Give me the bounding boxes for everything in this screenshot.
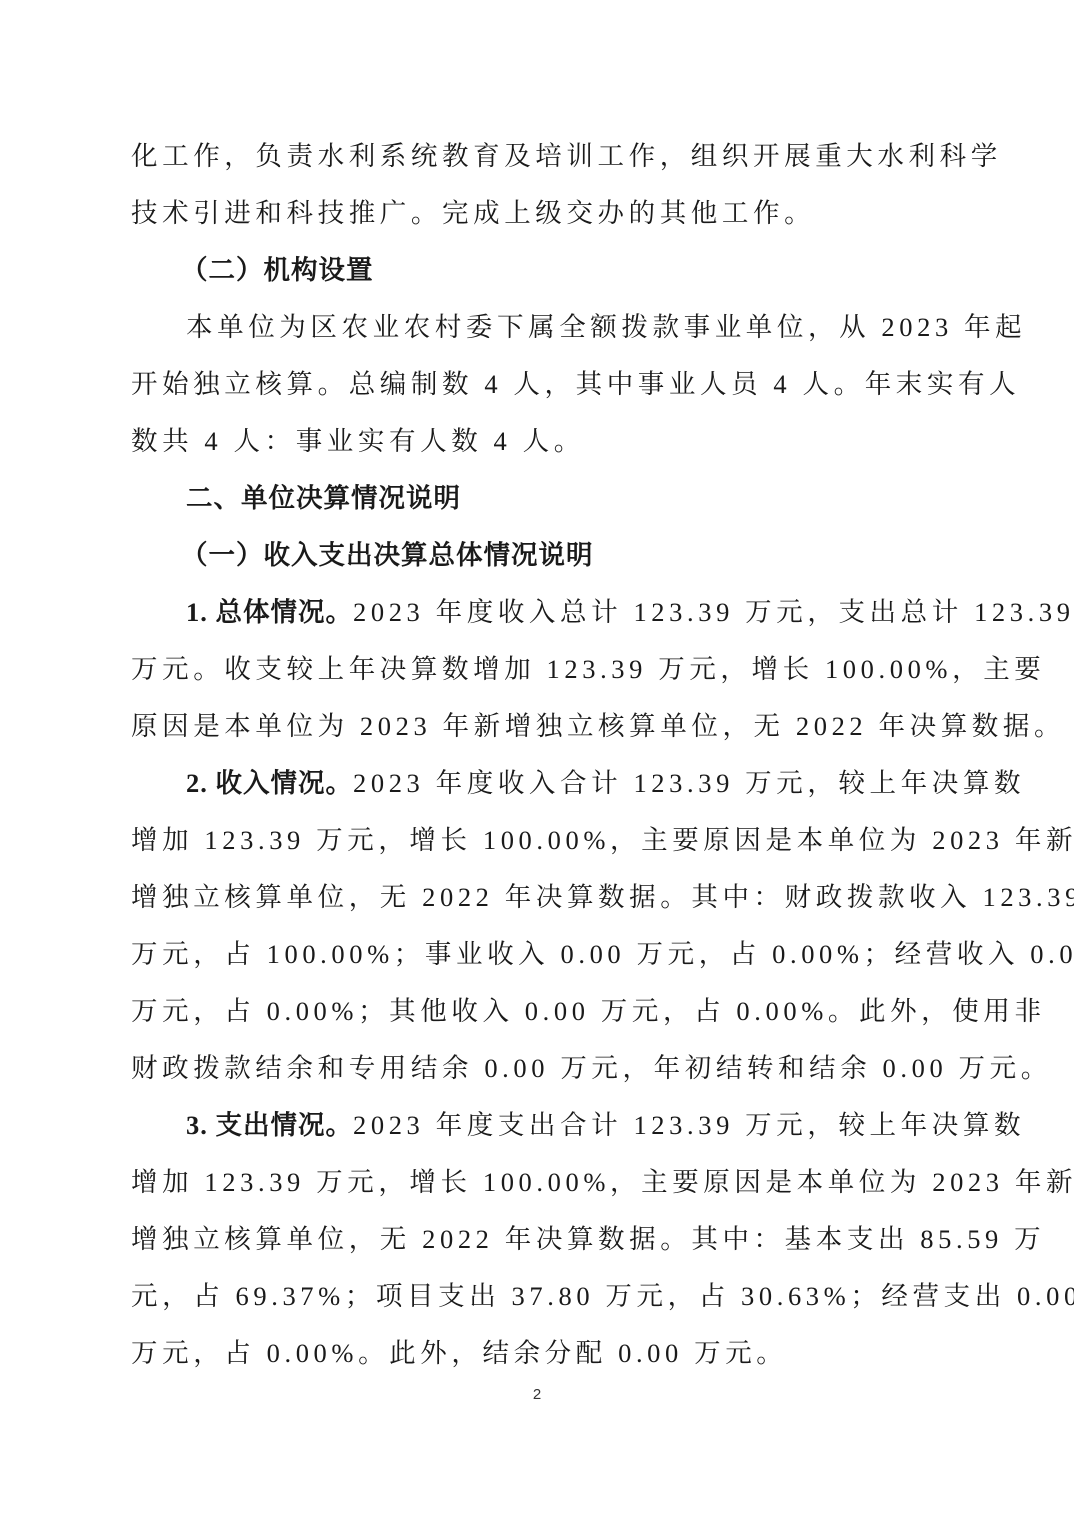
page-number: 2 (0, 1386, 1074, 1403)
item-lead-overall: 1. 总体情况。 (186, 597, 353, 627)
paragraph-line-income: 2. 收入情况。2023 年度收入合计 123.39 万元，较上年决算数 (131, 755, 945, 812)
paragraph-line-overall: 1. 总体情况。2023 年度收入总计 123.39 万元，支出总计 123.3… (131, 584, 945, 641)
paragraph-line: 开始独立核算。总编制数 4 人，其中事业人员 4 人。年末实有人 (131, 356, 945, 413)
paragraph-line: 万元，占 0.00%；其他收入 0.00 万元，占 0.00%。此外，使用非 (131, 983, 945, 1040)
paragraph-line: 万元，占 100.00%；事业收入 0.00 万元，占 0.00%；经营收入 0… (131, 926, 945, 983)
paragraph-line: 增独立核算单位，无 2022 年决算数据。其中：基本支出 85.59 万 (131, 1211, 945, 1268)
paragraph-line: 技术引进和科技推广。完成上级交办的其他工作。 (131, 185, 945, 242)
paragraph-text: 2023 年度收入总计 123.39 万元，支出总计 123.39 (353, 597, 1074, 627)
paragraph-line: 增独立核算单位，无 2022 年决算数据。其中：财政拨款收入 123.39 (131, 869, 945, 926)
item-lead-income: 2. 收入情况。 (186, 768, 353, 798)
paragraph-line: 万元。收支较上年决算数增加 123.39 万元，增长 100.00%，主要 (131, 641, 945, 698)
paragraph-line: 万元，占 0.00%。此外，结余分配 0.00 万元。 (131, 1325, 945, 1382)
paragraph-line-expense: 3. 支出情况。2023 年度支出合计 123.39 万元，较上年决算数 (131, 1097, 945, 1154)
item-lead-expense: 3. 支出情况。 (186, 1110, 353, 1140)
paragraph-line: 增加 123.39 万元，增长 100.00%，主要原因是本单位为 2023 年… (131, 812, 945, 869)
document-page: 化工作，负责水利系统教育及培训工作，组织开展重大水利科学 技术引进和科技推广。完… (131, 128, 945, 1382)
paragraph-line: 原因是本单位为 2023 年新增独立核算单位，无 2022 年决算数据。 (131, 698, 945, 755)
section-heading-final-accounts: 二、单位决算情况说明 (131, 470, 945, 527)
paragraph-line: 财政拨款结余和专用结余 0.00 万元，年初结转和结余 0.00 万元。 (131, 1040, 945, 1097)
paragraph-text: 2023 年度收入合计 123.39 万元，较上年决算数 (353, 768, 1025, 798)
paragraph-line: 化工作，负责水利系统教育及培训工作，组织开展重大水利科学 (131, 128, 945, 185)
section-heading-org-structure: （二）机构设置 (131, 242, 945, 299)
paragraph-text: 2023 年度支出合计 123.39 万元，较上年决算数 (353, 1110, 1025, 1140)
paragraph-line: 数共 4 人：事业实有人数 4 人。 (131, 413, 945, 470)
paragraph-line: 元，占 69.37%；项目支出 37.80 万元，占 30.63%；经营支出 0… (131, 1268, 945, 1325)
paragraph-line: 本单位为区农业农村委下属全额拨款事业单位，从 2023 年起 (131, 299, 945, 356)
section-heading-income-expense-overview: （一）收入支出决算总体情况说明 (131, 527, 945, 584)
paragraph-line: 增加 123.39 万元，增长 100.00%，主要原因是本单位为 2023 年… (131, 1154, 945, 1211)
